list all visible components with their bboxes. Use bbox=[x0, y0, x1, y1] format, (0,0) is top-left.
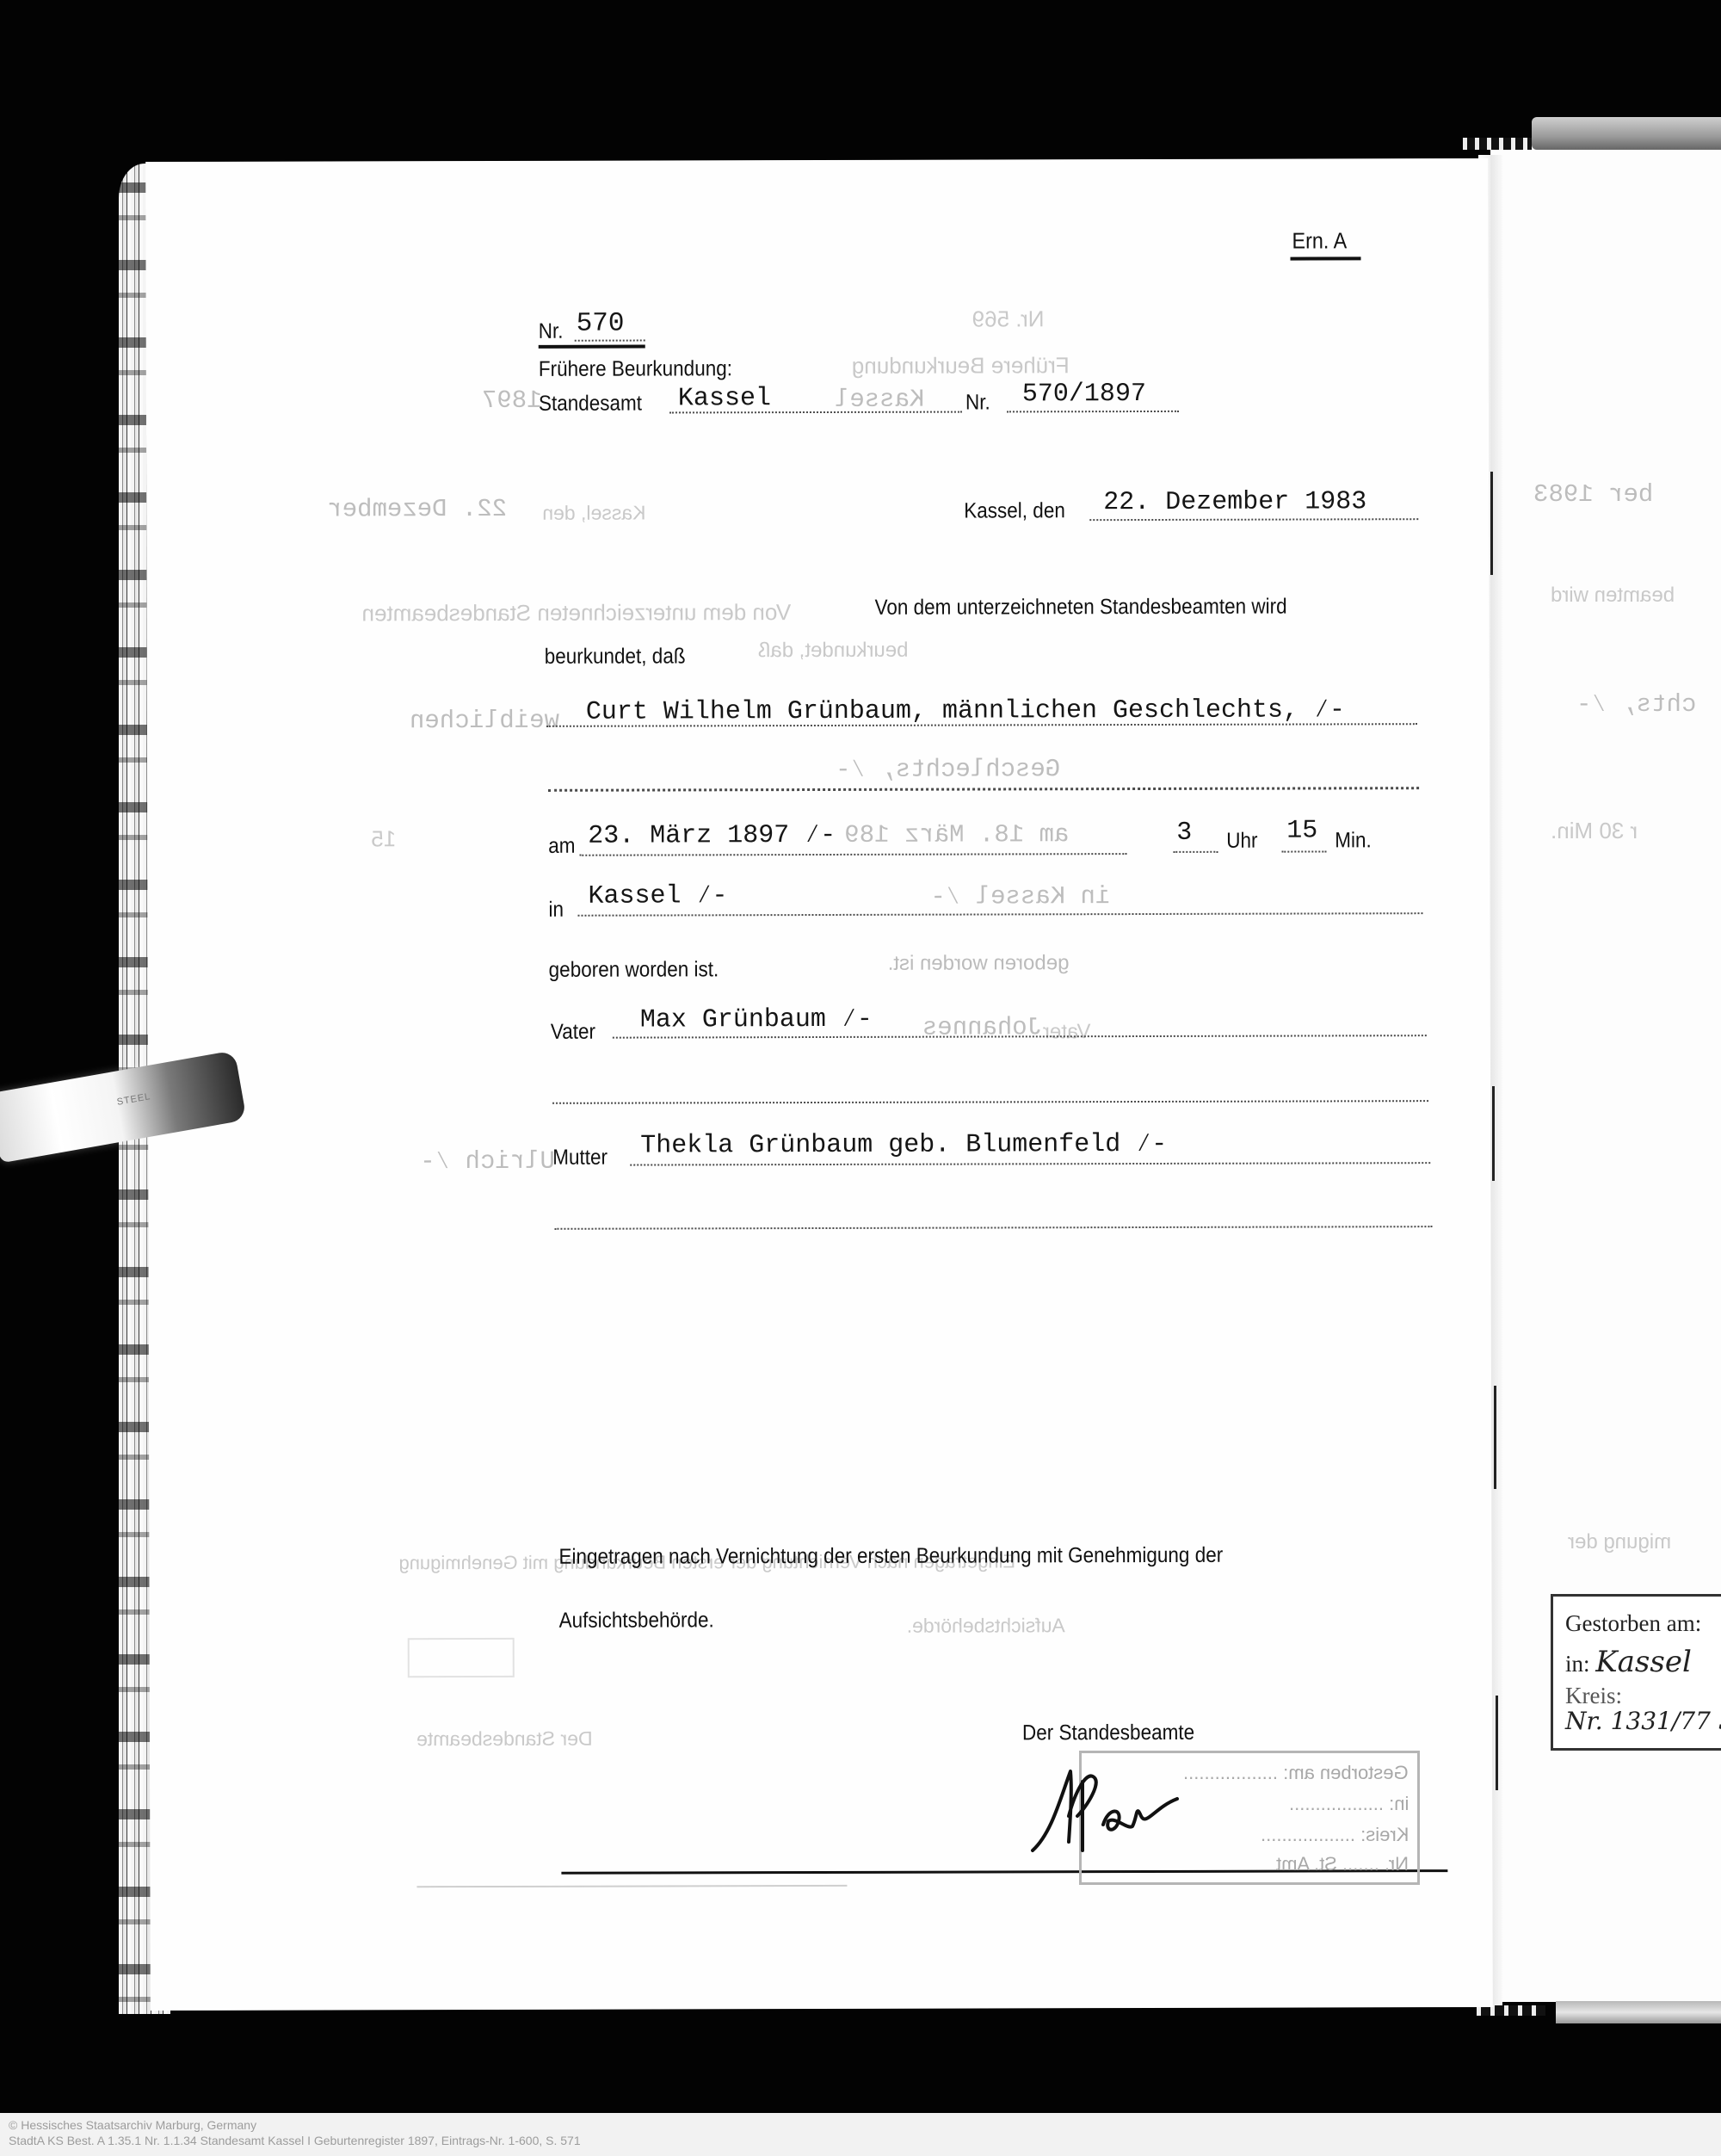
binder-teeth-top bbox=[1463, 138, 1532, 150]
bleed-through-father-label: Vater bbox=[1043, 1020, 1091, 1044]
bleed-through-rule bbox=[416, 1885, 847, 1887]
signature-label: Der Standesbeamte bbox=[1022, 1720, 1194, 1746]
clip-label: STEEL bbox=[116, 1091, 151, 1108]
note-line-2: Aufsichtsbehörde. bbox=[559, 1608, 714, 1633]
birth-date-field-line bbox=[579, 853, 1126, 856]
entry-nr-value: 570 bbox=[577, 309, 625, 339]
previous-office-label: Standesamt bbox=[539, 392, 642, 417]
place-date-prefix: Kassel, den bbox=[964, 498, 1065, 523]
registrar-signature bbox=[1026, 1764, 1198, 1859]
mother-field-line bbox=[630, 1162, 1430, 1165]
father-value: Max Grünbaum ⁄- bbox=[640, 1005, 873, 1035]
birth-minute-label: Min. bbox=[1335, 828, 1372, 853]
entry-nr-field-line bbox=[575, 340, 645, 342]
stamp-place-value: Kassel bbox=[1595, 1645, 1692, 1679]
bleed-through-closing: geboren worden ist. bbox=[888, 951, 1070, 976]
bleed-through-office: Kassel bbox=[835, 386, 925, 414]
previous-nr-value: 570/1897 bbox=[1022, 380, 1146, 409]
right-page-note-fragment: migung der bbox=[1568, 1530, 1671, 1554]
bleed-through-place: in Kassel ⁄- bbox=[930, 882, 1110, 911]
stamp-place-row: in: Kassel bbox=[1565, 1645, 1692, 1679]
form-code: Ern. A bbox=[1292, 227, 1347, 254]
footer-citation: StadtA KS Best. A 1.35.1 Nr. 1.1.34 Stan… bbox=[9, 2133, 1712, 2148]
binder-clip-bottom bbox=[1556, 2001, 1721, 2023]
place-date-value: 22. Dezember 1983 bbox=[1103, 487, 1366, 517]
birth-date-label: am bbox=[548, 834, 575, 859]
mother-value: Thekla Grünbaum geb. Blumenfeld ⁄- bbox=[640, 1130, 1167, 1161]
footer-copyright: © Hessisches Staatsarchiv Marburg, Germa… bbox=[9, 2117, 1712, 2133]
bleed-through-mother: Ulrich ⁄- bbox=[420, 1147, 555, 1176]
stamp-died-label: Gestorben am: bbox=[1565, 1610, 1701, 1637]
stamp-line-2: in: .................. bbox=[1289, 1793, 1409, 1815]
birth-hour-label: Uhr bbox=[1226, 829, 1257, 854]
bleed-through-date: 22. Dezember bbox=[327, 495, 507, 524]
binding-mark bbox=[1490, 472, 1493, 575]
binding-mark bbox=[1492, 1086, 1495, 1181]
stamp-number: Nr. 1331/77 S bbox=[1565, 1707, 1721, 1735]
right-page-intro-fragment: beamten wird bbox=[1551, 584, 1675, 608]
bleed-through-box bbox=[408, 1638, 515, 1677]
entry-nr-underline bbox=[539, 345, 645, 349]
previous-nr-field-line bbox=[1007, 411, 1179, 413]
bleed-through-intro-2: beurkundet, daß bbox=[758, 639, 909, 663]
place-date-field-line bbox=[1089, 518, 1418, 521]
right-page-gender-fragment: chts, ⁄- bbox=[1576, 690, 1696, 719]
right-page-date-fragment: ber 1983 bbox=[1533, 480, 1653, 509]
intro-line-1: Von dem unterzeichneten Standesbeamten w… bbox=[875, 595, 1287, 621]
register-page: Nr. 569 Frühere Beurkundung Kassel 1897 … bbox=[145, 158, 1493, 2011]
birth-minute-field-line bbox=[1281, 850, 1326, 852]
entry-nr-label: Nr. bbox=[539, 319, 564, 344]
binding-mark bbox=[1494, 1386, 1496, 1489]
bleed-through-year: 1897 bbox=[482, 386, 542, 415]
mother-label: Mutter bbox=[552, 1146, 608, 1171]
right-page-death-stamp: Gestorben am: in: Kassel Kreis: Nr. 1331… bbox=[1551, 1594, 1721, 1751]
bleed-through-nr: Nr. 569 bbox=[972, 306, 1045, 332]
child-name-value: Curt Wilhelm Grünbaum, männlichen Geschl… bbox=[586, 695, 1345, 726]
bleed-through-note-2: Aufsichtsbehörde. bbox=[907, 1614, 1065, 1637]
birth-hour-field-line bbox=[1173, 851, 1218, 853]
birth-date-value: 23. März 1897 ⁄- bbox=[588, 821, 836, 851]
stamp-line-3: Kreis: .................. bbox=[1261, 1824, 1409, 1846]
bleed-through-hour: 15 bbox=[371, 825, 396, 852]
form-code-underline bbox=[1290, 256, 1360, 260]
mother-field-line-2 bbox=[554, 1226, 1432, 1230]
bleed-through-gender: weiblichen bbox=[410, 707, 559, 735]
bleed-through-previous-record: Frühere Beurkundung bbox=[852, 352, 1070, 380]
father-label: Vater bbox=[551, 1020, 595, 1045]
father-field-line-2 bbox=[552, 1100, 1428, 1104]
birth-minute-value: 15 bbox=[1286, 816, 1317, 845]
stamp-line-4: Nr. ....... St. Amt bbox=[1276, 1853, 1409, 1875]
birth-place-value: Kassel ⁄- bbox=[588, 881, 727, 911]
birth-closing: geboren worden ist. bbox=[549, 957, 719, 983]
bleed-through-signature-label: Der Standesbeamte bbox=[416, 1727, 593, 1751]
bleed-through-place-date: Kassel, den bbox=[542, 502, 645, 525]
child-name-field-line-2 bbox=[548, 787, 1419, 792]
stamp-line-1: Gestorben am: .................. bbox=[1183, 1762, 1409, 1784]
stamp-place-label: in: bbox=[1565, 1651, 1590, 1677]
birth-place-field-line bbox=[577, 912, 1422, 917]
bleed-through-father: Johannes bbox=[922, 1013, 1042, 1041]
previous-office-value: Kassel bbox=[678, 384, 771, 413]
archive-footer: © Hessisches Staatsarchiv Marburg, Germa… bbox=[0, 2113, 1721, 2156]
bleed-through-intro-1: Von dem unterzeichneten Standesbeamten bbox=[362, 599, 792, 627]
intro-line-2: beurkundet, daß bbox=[545, 644, 686, 669]
previous-nr-label: Nr. bbox=[965, 390, 990, 415]
binder-clip-top bbox=[1532, 117, 1721, 150]
previous-record-label: Frühere Beurkundung: bbox=[539, 356, 732, 382]
stamp-district-label: Kreis: bbox=[1565, 1683, 1622, 1709]
binding-mark bbox=[1496, 1696, 1498, 1790]
birth-place-label: in bbox=[548, 898, 564, 923]
right-page-time-fragment: r 30 Min. bbox=[1551, 818, 1638, 844]
birth-hour-value: 3 bbox=[1176, 819, 1192, 848]
note-line-1: Eingetragen nach Vernichtung der ersten … bbox=[558, 1543, 1223, 1570]
bleed-through-birth-date: am 18. März 189 bbox=[844, 820, 1069, 849]
bleed-through-gender-2: Geschlechts, ⁄- bbox=[836, 755, 1060, 784]
